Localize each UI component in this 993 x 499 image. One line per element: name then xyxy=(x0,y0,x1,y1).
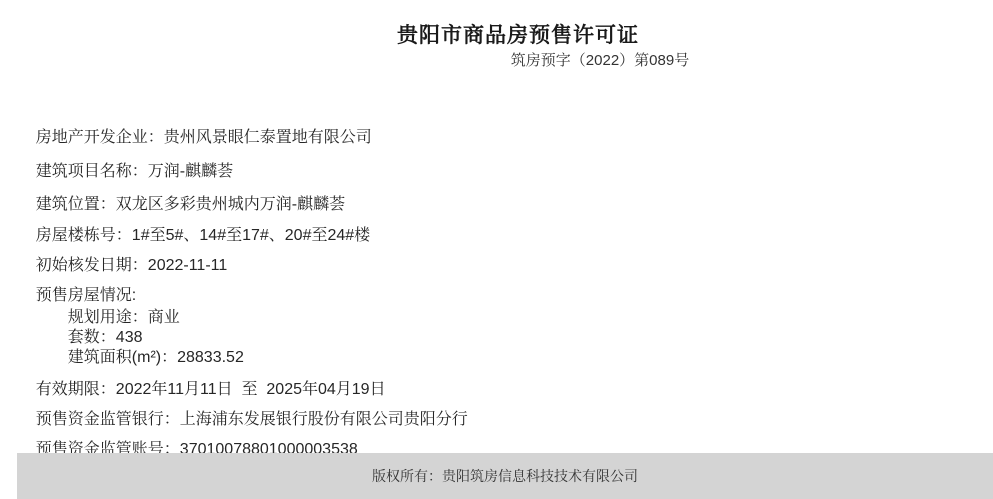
copyright-footer: 版权所有：贵阳筑房信息科技技术有限公司 xyxy=(17,453,993,499)
document-number: 筑房预字（2022）第089号 xyxy=(0,49,993,70)
presale-permit-page: 贵阳市商品房预售许可证 筑房预字（2022）第089号 房地产开发企业：贵州风景… xyxy=(0,0,993,499)
field-value: 2022-11-11 xyxy=(148,257,227,274)
field-value: 商业 xyxy=(148,309,180,326)
copyright-text: 版权所有：贵阳筑房信息科技技术有限公司 xyxy=(372,466,638,486)
page-title: 贵阳市商品房预售许可证 xyxy=(0,19,993,49)
